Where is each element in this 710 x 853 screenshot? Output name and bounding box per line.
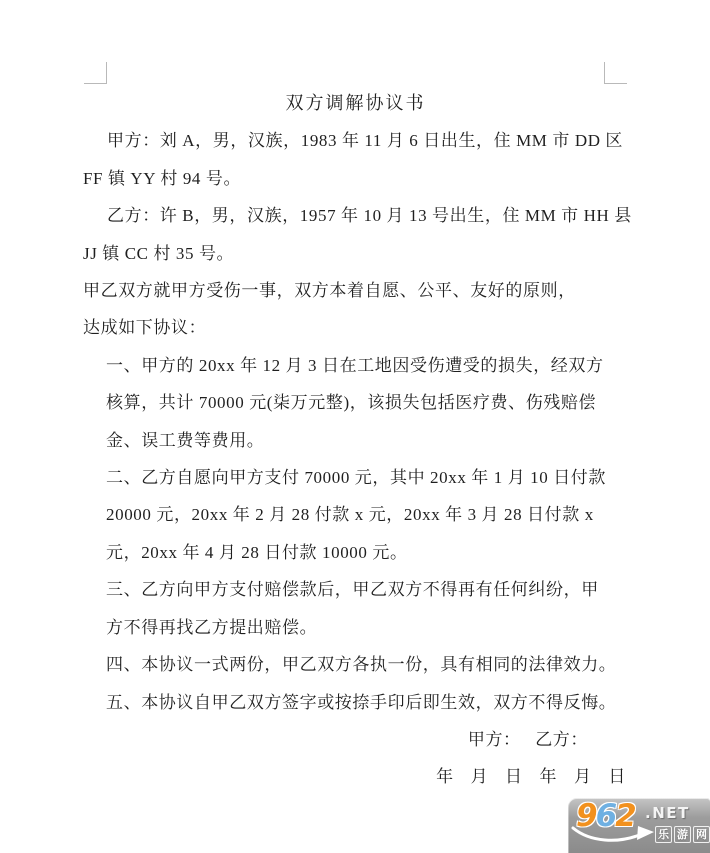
962net-logo-watermark: 962 .NET 乐 游 网 (568, 798, 710, 853)
site-char-wang: 网 (693, 826, 710, 843)
doc-line-preamble-1: 甲乙双方就甲方受伤一事，双方本着自愿、公平、友好的原则， (83, 272, 628, 309)
site-char-you: 游 (674, 826, 691, 843)
doc-line-clause1-1: 一、甲方的 20xx 年 12 月 3 日在工地因受伤遭受的损失，经双方 (83, 347, 628, 384)
site-char-le: 乐 (655, 826, 672, 843)
doc-line-party-a-2: FF 镇 YY 村 94 号。 (83, 160, 628, 197)
doc-line-clause2-3: 元，20xx 年 4 月 28 日付款 10000 元。 (83, 534, 628, 571)
site-name-leyou: 乐 游 网 (655, 826, 710, 843)
margin-crop-mark-left (84, 62, 107, 84)
swoosh-arrow-icon (570, 821, 660, 851)
signature-line: 甲方： 乙方： (83, 721, 628, 758)
agreement-document: 双方调解协议书 甲方：刘 A，男，汉族，1983 年 11 月 6 日出生，住 … (83, 85, 628, 796)
doc-line-clause2-2: 20000 元，20xx 年 2 月 28 付款 x 元，20xx 年 3 月 … (83, 496, 628, 533)
doc-line-clause1-3: 金、误工费等费用。 (83, 422, 628, 459)
doc-line-party-a-1: 甲方：刘 A，男，汉族，1983 年 11 月 6 日出生，住 MM 市 DD … (83, 122, 628, 159)
doc-line-preamble-2: 达成如下协议： (83, 309, 628, 346)
document-page: 双方调解协议书 甲方：刘 A，男，汉族，1983 年 11 月 6 日出生，住 … (0, 0, 710, 853)
doc-line-clause5: 五、本协议自甲乙双方签字或按捺手印后即生效，双方不得反悔。 (83, 684, 628, 721)
doc-line-clause3-2: 方不得再找乙方提出赔偿。 (83, 609, 628, 646)
margin-crop-mark-right (604, 62, 627, 84)
doc-line-clause1-2: 核算，共计 70000 元(柒万元整)，该损失包括医疗费、伤残赔偿 (83, 384, 628, 421)
doc-line-party-b-1: 乙方：许 B，男，汉族，1957 年 10 月 13 号出生，住 MM 市 HH… (83, 197, 628, 234)
net-domain-label: .NET (645, 804, 690, 822)
document-title: 双方调解协议书 (83, 85, 628, 122)
doc-line-clause4: 四、本协议一式两份，甲乙双方各执一份，具有相同的法律效力。 (83, 646, 628, 683)
doc-line-party-b-2: JJ 镇 CC 村 35 号。 (83, 235, 628, 272)
date-line: 年 月 日 年 月 日 (83, 758, 628, 795)
doc-line-clause2-1: 二、乙方自愿向甲方支付 70000 元，其中 20xx 年 1 月 10 日付款 (83, 459, 628, 496)
doc-line-clause3-1: 三、乙方向甲方支付赔偿款后，甲乙双方不得再有任何纠纷，甲 (83, 571, 628, 608)
